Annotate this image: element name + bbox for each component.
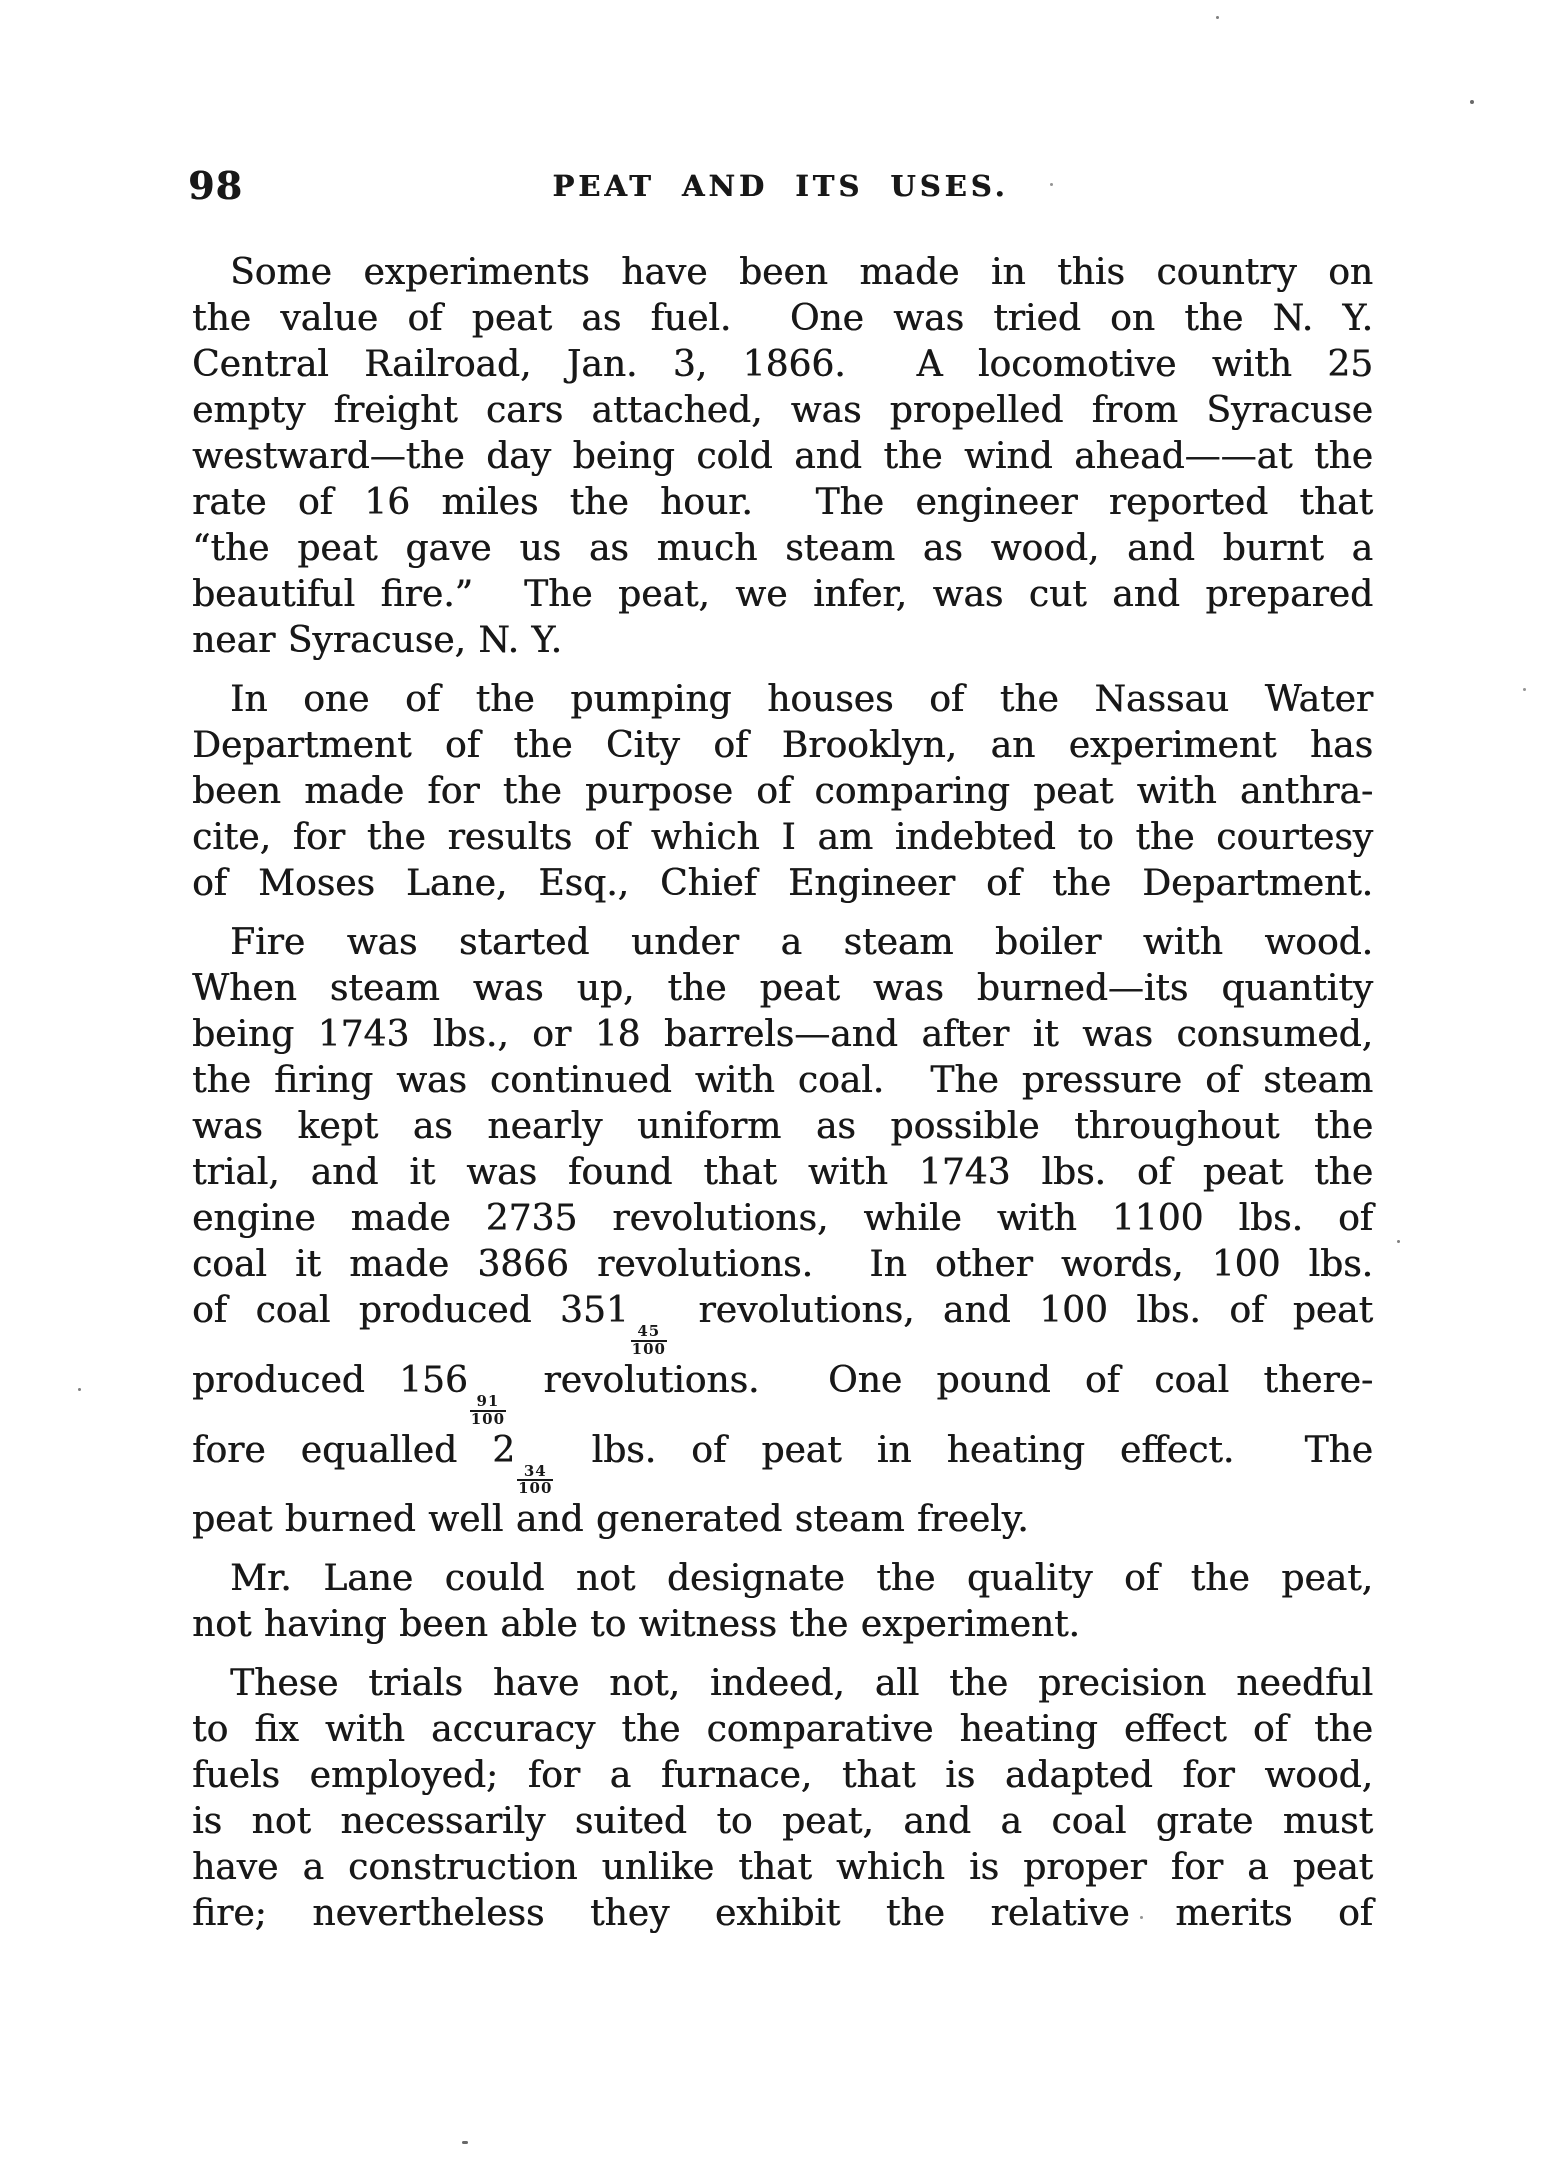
text-line: fire; nevertheless they exhibit the rela… <box>192 1891 1373 1937</box>
scan-speck <box>1050 183 1053 186</box>
text-line: trial, and it was found that with 1743 l… <box>192 1150 1373 1196</box>
fraction: 45100 <box>631 1324 667 1358</box>
text-line: been made for the purpose of comparing p… <box>192 769 1373 815</box>
scan-speck <box>1523 688 1526 691</box>
text-line: “the peat gave us as much steam as wood,… <box>192 526 1373 572</box>
text-line: cite, for the results of which I am inde… <box>192 815 1373 861</box>
scan-speck <box>1216 16 1219 19</box>
text-line: coal it made 3866 revolutions. In other … <box>192 1242 1373 1288</box>
text-line: the value of peat as fuel. One was tried… <box>192 296 1373 342</box>
paragraph: Fire was started under a steam boiler wi… <box>192 920 1373 1543</box>
text-line: beautiful fire.” The peat, we infer, was… <box>192 572 1373 618</box>
text-line: Fire was started under a steam boiler wi… <box>192 920 1373 966</box>
scan-speck <box>1470 100 1474 104</box>
text-line: being 1743 lbs., or 18 barrels—and after… <box>192 1012 1373 1058</box>
text-line: When steam was up, the peat was burned—i… <box>192 966 1373 1012</box>
text-line: have a construction unlike that which is… <box>192 1845 1373 1891</box>
text-line: to fix with accuracy the comparative hea… <box>192 1707 1373 1753</box>
text-line: westward—the day being cold and the wind… <box>192 434 1373 480</box>
text-line: fuels employed; for a furnace, that is a… <box>192 1753 1373 1799</box>
text-line: In one of the pumping houses of the Nass… <box>192 677 1373 723</box>
text-line: of Moses Lane, Esq., Chief Engineer of t… <box>192 861 1373 907</box>
text-line: engine made 2735 revolutions, while with… <box>192 1196 1373 1242</box>
text-line: Central Railroad, Jan. 3, 1866. A locomo… <box>192 342 1373 388</box>
text-line: These trials have not, indeed, all the p… <box>192 1661 1373 1707</box>
running-header: 98 PEAT AND ITS USES. <box>188 163 1373 209</box>
text-body: Some experiments have been made in this … <box>192 250 1373 1937</box>
text-line: not having been able to witness the expe… <box>192 1602 1373 1648</box>
fraction: 34100 <box>517 1464 553 1498</box>
text-line: empty freight cars attached, was propell… <box>192 388 1373 434</box>
book-page: 98 PEAT AND ITS USES. Some experiments h… <box>0 0 1548 2183</box>
text-line: near Syracuse, N. Y. <box>192 618 1373 664</box>
text-line: rate of 16 miles the hour. The engineer … <box>192 480 1373 526</box>
scan-speck <box>462 2141 468 2144</box>
text-line: Department of the City of Brooklyn, an e… <box>192 723 1373 769</box>
paragraph: These trials have not, indeed, all the p… <box>192 1661 1373 1937</box>
paragraph: In one of the pumping houses of the Nass… <box>192 677 1373 907</box>
text-line: of coal produced 35145100 revolutions, a… <box>192 1288 1373 1358</box>
text-line: fore equalled 234100 lbs. of peat in hea… <box>192 1428 1373 1498</box>
paragraph: Mr. Lane could not designate the quality… <box>192 1556 1373 1648</box>
text-line: the firing was continued with coal. The … <box>192 1058 1373 1104</box>
scan-speck <box>1140 1916 1143 1919</box>
running-header-title: PEAT AND ITS USES. <box>188 169 1373 203</box>
fraction: 91100 <box>470 1394 506 1428</box>
text-line: produced 15691100 revolutions. One pound… <box>192 1358 1373 1428</box>
text-line: Mr. Lane could not designate the quality… <box>192 1556 1373 1602</box>
text-line: is not necessarily suited to peat, and a… <box>192 1799 1373 1845</box>
scan-speck <box>78 1388 81 1391</box>
scan-speck <box>1397 1240 1400 1243</box>
text-line: Some experiments have been made in this … <box>192 250 1373 296</box>
paragraph: Some experiments have been made in this … <box>192 250 1373 664</box>
text-line: peat burned well and generated steam fre… <box>192 1497 1373 1543</box>
text-line: was kept as nearly uniform as possible t… <box>192 1104 1373 1150</box>
